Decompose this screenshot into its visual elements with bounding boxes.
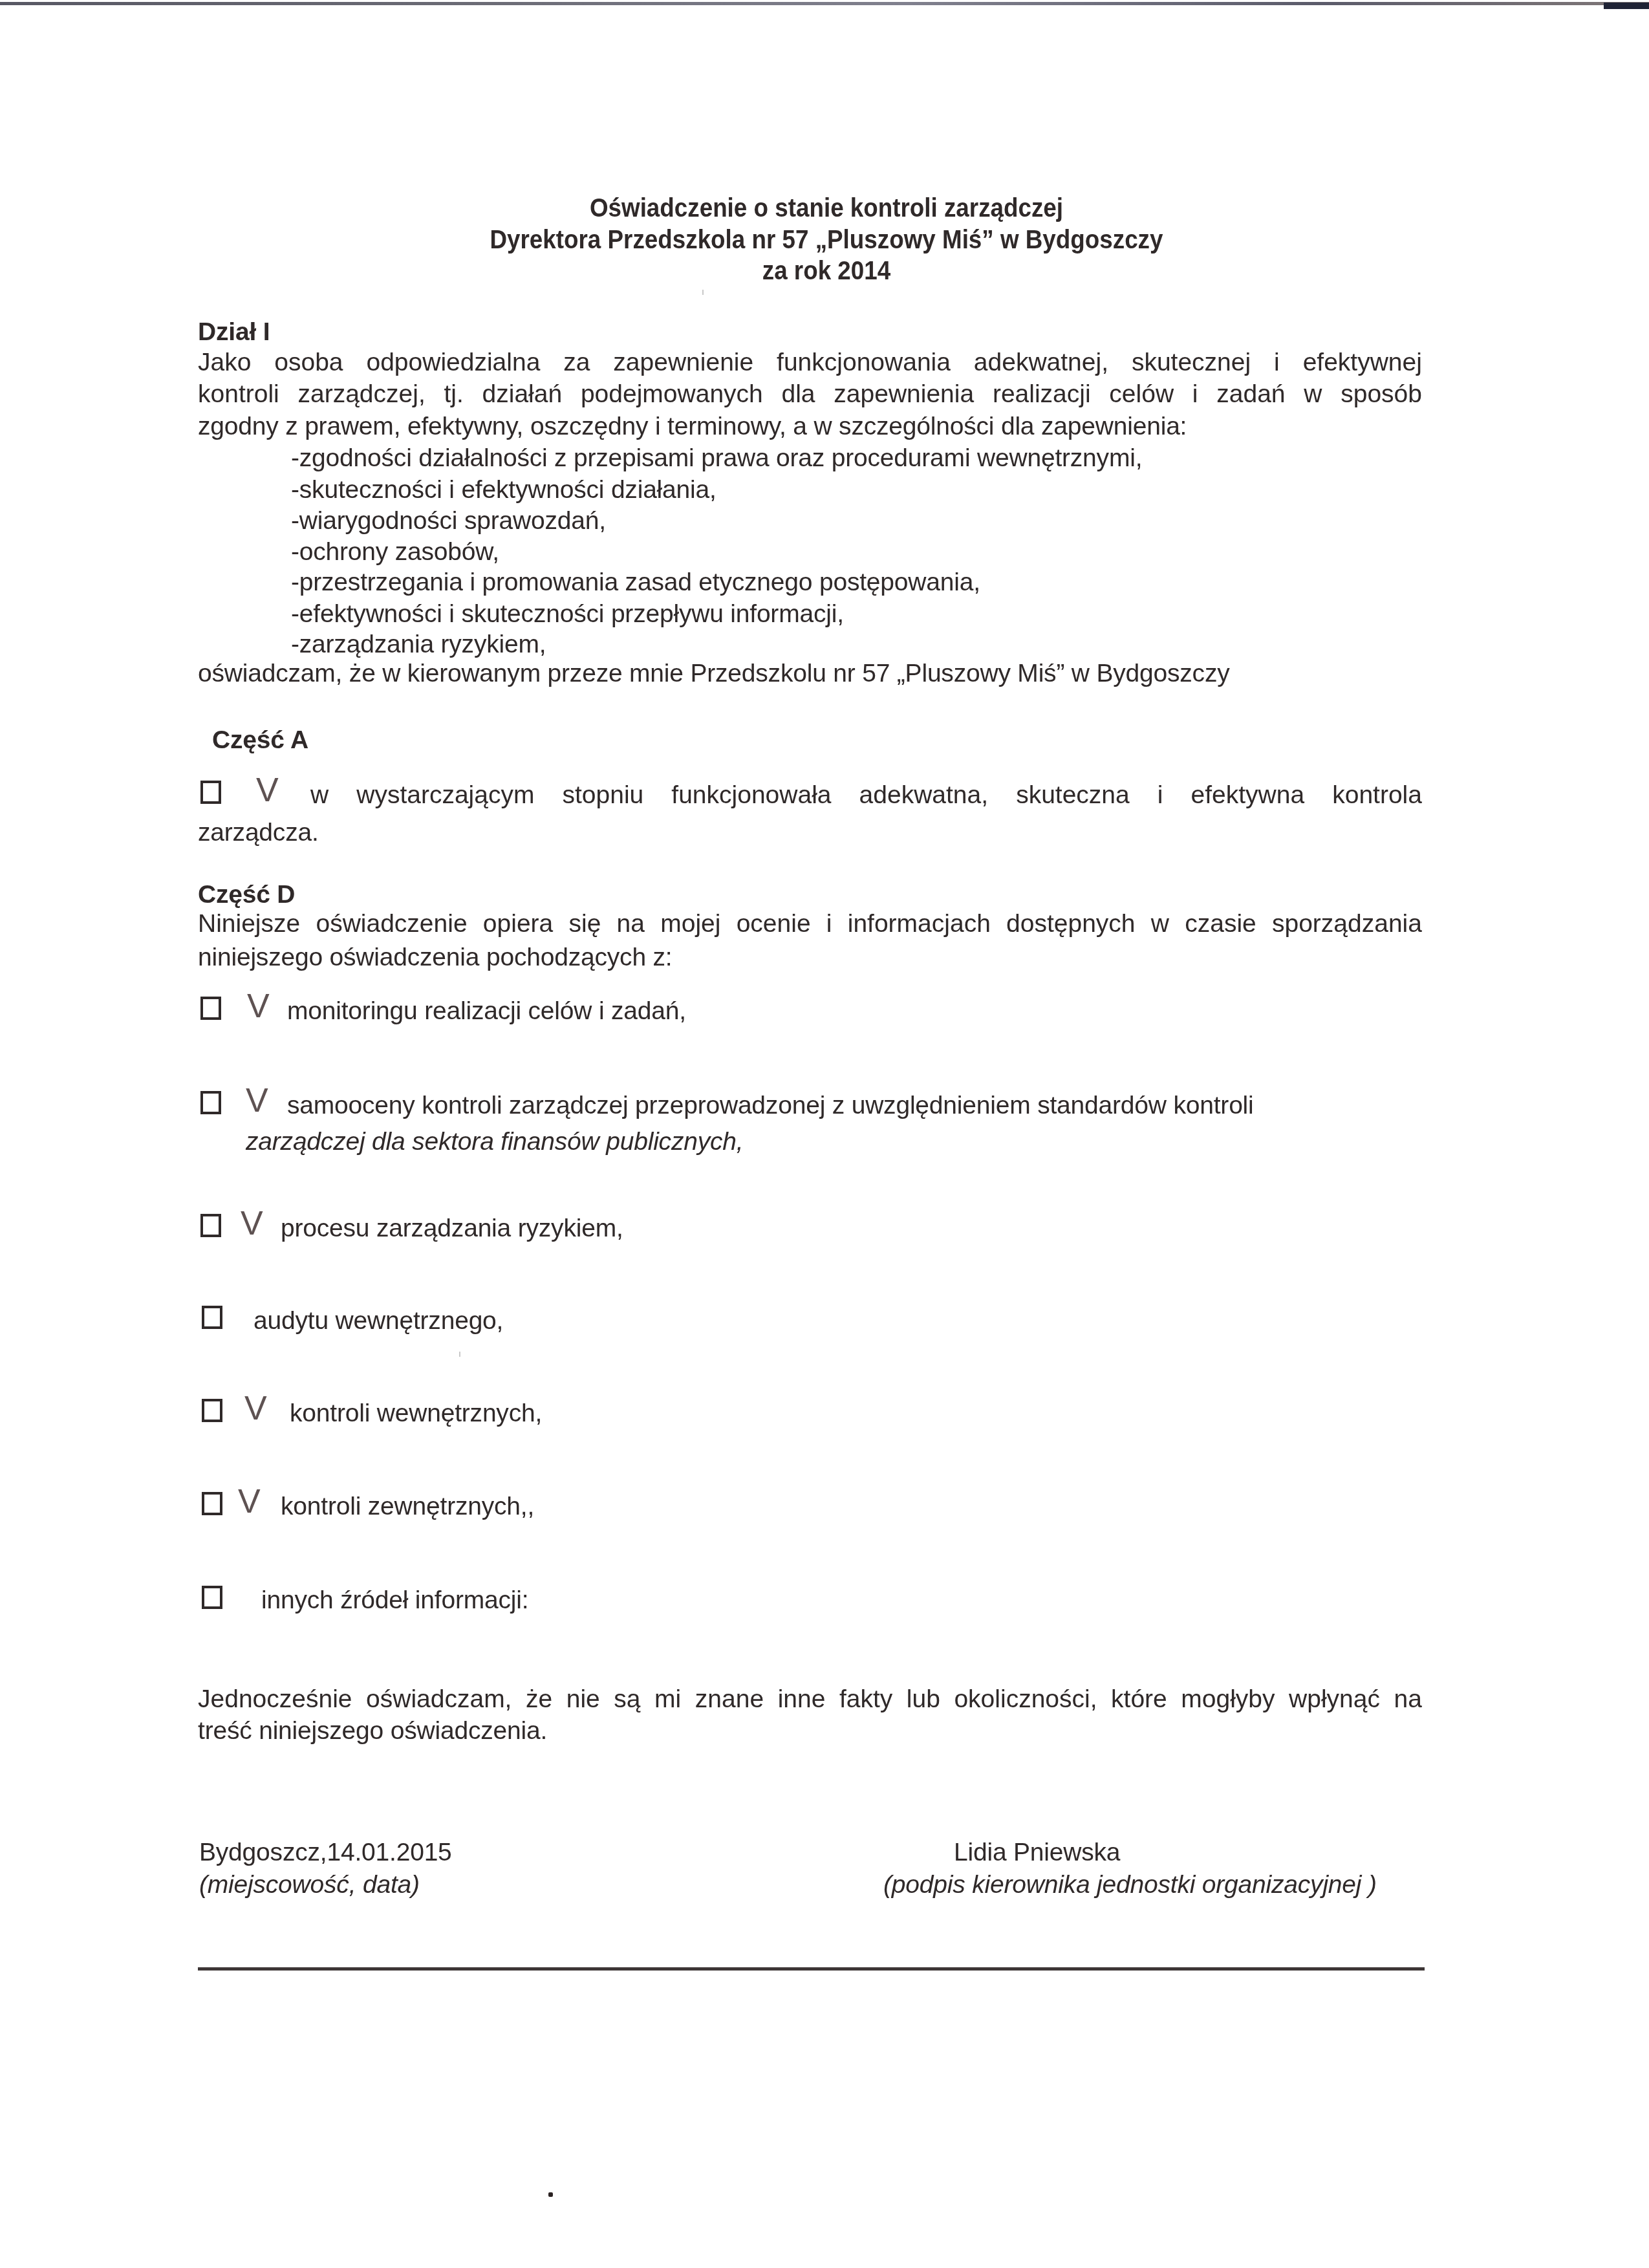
signer-caption: (podpis kierownika jednostki organizacyj… xyxy=(883,1872,1377,1897)
document-title-line-3: za rok 2014 xyxy=(66,258,1587,284)
source-label-self-assessment: samooceny kontroli zarządczej przeprowad… xyxy=(287,1093,1254,1118)
place-date-caption: (miejscowość, data) xyxy=(199,1872,420,1897)
checkbox-source-self-assessment[interactable] xyxy=(200,1091,221,1114)
footer-rule xyxy=(198,1967,1425,1971)
part-d-intro-line-2: niniejszego oświadczenia pochodzących z: xyxy=(198,945,672,970)
source-label-self-assessment-cont: zarządczej dla sektora finansów publiczn… xyxy=(246,1129,743,1154)
intro-line-1: Jakoosobaodpowiedzialnazazapewnieniefunk… xyxy=(198,350,1422,375)
list-item: -ochrony zasobów, xyxy=(291,539,499,565)
source-label-internal-controls: kontroli wewnętrznych, xyxy=(290,1401,542,1426)
checkbox-source-external-controls[interactable] xyxy=(202,1492,222,1515)
check-mark-v: V xyxy=(247,989,270,1023)
place-date: Bydgoszcz,14.01.2015 xyxy=(199,1840,452,1865)
scan-speck xyxy=(702,290,704,295)
source-label-internal-audit: audytu wewnętrznego, xyxy=(253,1308,503,1334)
intro-line-3: zgodny z prawem, efektywny, oszczędny i … xyxy=(198,414,1187,439)
section-heading-czesc-d: Część D xyxy=(198,882,295,907)
section-heading-czesc-a: Część A xyxy=(212,728,308,753)
intro-line-2: kontrolizarządczej,tj.działańpodejmowany… xyxy=(198,382,1422,407)
scan-speck xyxy=(548,2192,553,2197)
section-heading-dzial-1: Dział I xyxy=(198,319,270,345)
checkbox-part-a[interactable] xyxy=(200,781,221,804)
list-item: -przestrzegania i promowania zasad etycz… xyxy=(291,570,980,595)
checkbox-source-internal-controls[interactable] xyxy=(202,1399,222,1422)
check-mark-v: V xyxy=(246,1084,268,1118)
closing-line-2: treść niniejszego oświadczenia. xyxy=(198,1718,547,1744)
list-item: -wiarygodności sprawozdań, xyxy=(291,508,606,534)
list-item: -skuteczności i efektywności działania, xyxy=(291,477,717,502)
check-mark-v: V xyxy=(244,1392,267,1425)
source-label-monitoring: monitoringu realizacji celów i zadań, xyxy=(287,999,686,1024)
document-title-line-2: Dyrektora Przedszkola nr 57 „Pluszowy Mi… xyxy=(66,227,1587,253)
declaration-line: oświadczam, że w kierowanym przeze mnie … xyxy=(198,661,1230,686)
signer-name: Lidia Pniewska xyxy=(954,1840,1120,1865)
checkbox-source-internal-audit[interactable] xyxy=(202,1306,222,1329)
source-label-risk-management: procesu zarządzania ryzykiem, xyxy=(281,1216,623,1241)
checkbox-source-other[interactable] xyxy=(202,1586,222,1609)
check-mark-v: V xyxy=(238,1485,261,1518)
closing-line-1: Jednocześnieoświadczam,żeniesąmiznaneinn… xyxy=(198,1687,1422,1712)
part-d-intro-line-1: Niniejszeoświadczenieopierasięnamojejoce… xyxy=(198,911,1422,936)
source-label-external-controls: kontroli zewnętrznych,, xyxy=(281,1494,534,1519)
part-a-option-line-2: zarządcza. xyxy=(198,820,319,845)
list-item: -zgodności działalności z przepisami pra… xyxy=(291,446,1142,471)
check-mark-v: V xyxy=(256,773,279,807)
checkbox-source-risk-management[interactable] xyxy=(200,1214,221,1237)
document-page: Oświadczenie o stanie kontroli zarządcze… xyxy=(0,0,1649,2268)
list-item: -zarządzania ryzykiem, xyxy=(291,632,546,657)
part-a-option-line-1: wwystarczającymstopniufunkcjonowałaadekw… xyxy=(310,783,1422,808)
scan-speck xyxy=(459,1352,460,1357)
list-item: -efektywności i skuteczności przepływu i… xyxy=(291,601,844,627)
source-label-other: innych źródeł informacji: xyxy=(261,1588,528,1613)
checkbox-source-monitoring[interactable] xyxy=(200,997,221,1020)
document-title-line-1: Oświadczenie o stanie kontroli zarządcze… xyxy=(66,195,1587,221)
check-mark-v: V xyxy=(241,1207,263,1240)
